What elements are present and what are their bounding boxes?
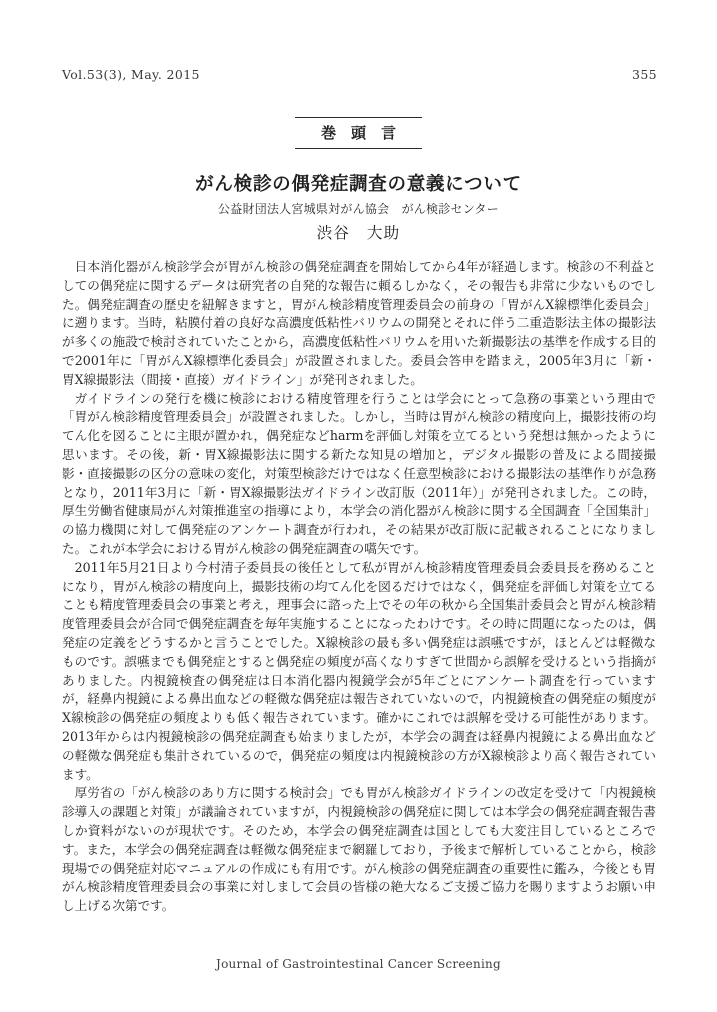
author-affiliation: 公益財団法人宮城県対がん協会 がん検診センター bbox=[0, 200, 717, 217]
journal-page: Vol.53(3), May. 2015 355 巻 頭 言 がん検診の偶発症調… bbox=[0, 0, 717, 1012]
article-body: 日本消化器がん検診学会が胃がん検診の偶発症調査を開始してから4年が経過します。検… bbox=[62, 258, 656, 916]
article-title: がん検診の偶発症調査の意義について bbox=[0, 170, 717, 196]
page-number: 355 bbox=[632, 67, 657, 82]
body-paragraph-2: ガイドラインの発行を機に検診における精度管理を行うことは学会にとって急務の事業と… bbox=[62, 390, 656, 559]
author-name: 渋谷 大助 bbox=[0, 221, 717, 243]
section-label-foreword: 巻 頭 言 bbox=[295, 117, 422, 149]
running-head: Vol.53(3), May. 2015 355 bbox=[62, 67, 657, 82]
body-paragraph-4: 厚労省の「がん検診のあり方に関する検討会」でも胃がん検診ガイドラインの改定を受け… bbox=[62, 784, 656, 916]
body-paragraph-3: 2011年5月21日より今村清子委員長の後任として私が胃がん検診精度管理委員会委… bbox=[62, 559, 656, 785]
volume-issue-date: Vol.53(3), May. 2015 bbox=[62, 67, 200, 82]
journal-name-footer: Journal of Gastrointestinal Cancer Scree… bbox=[0, 957, 717, 971]
body-paragraph-1: 日本消化器がん検診学会が胃がん検診の偶発症調査を開始してから4年が経過します。検… bbox=[62, 258, 656, 390]
section-label-wrap: 巻 頭 言 bbox=[0, 117, 717, 149]
